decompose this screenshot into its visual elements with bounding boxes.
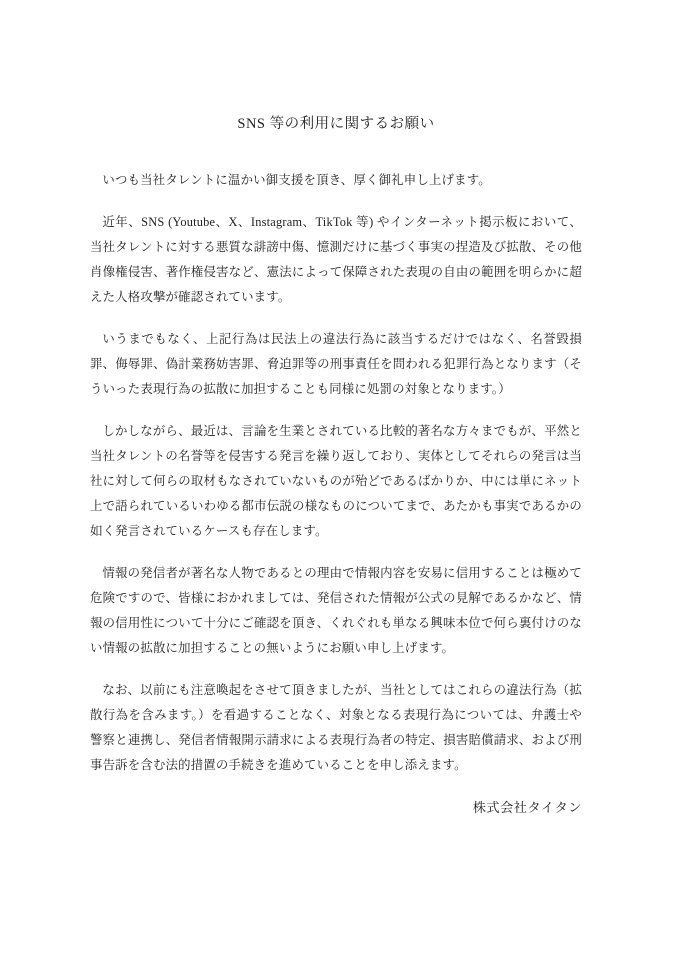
paragraph-greeting: いつも当社タレントに温かい御支援を頂き、厚く御礼申し上げます。 [90,168,582,193]
document-title: SNS 等の利用に関するお願い [90,112,582,137]
paragraph-criminal-liability: いうまでもなく、上記行為は民法上の違法行為に該当するだけではなく、名誉毀損罪、侮… [90,327,582,402]
paragraph-famous-commentators: しかしながら、最近は、言論を生業とされている比較的著名な方々までもが、平然と当社… [90,419,582,544]
paragraph-verification-request: 情報の発信者が著名な人物であるとの理由で情報内容を安易に信用することは極めて危険… [90,561,582,661]
document-page: SNS 等の利用に関するお願い いつも当社タレントに温かい御支援を頂き、厚く御礼… [0,0,680,961]
company-signature: 株式会社タイタン [90,795,582,820]
paragraph-legal-action: なお、以前にも注意喚起をさせて頂きましたが、当社としてはこれらの違法行為（拡散行… [90,678,582,778]
paragraph-sns-defamation: 近年、SNS (Youtube、X、Instagram、TikTok 等) やイ… [90,210,582,310]
